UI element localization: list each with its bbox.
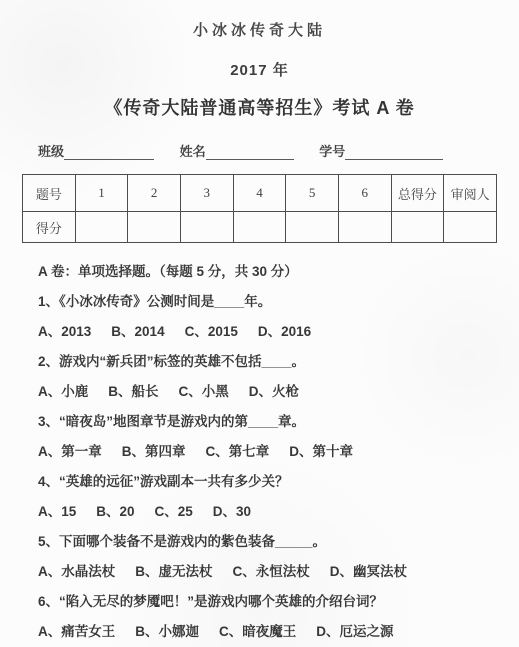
header-cell-total-score: 总得分 <box>391 175 444 212</box>
option-5b: B、虚无法杖 <box>135 564 212 580</box>
option-1a: A、2013 <box>38 324 91 340</box>
header-cell-q1: 1 <box>75 175 128 212</box>
score-table-score-row: 得分 <box>23 212 497 243</box>
name-blank-line <box>206 147 294 160</box>
score-cell-q4 <box>233 212 286 243</box>
question-options-2: A、小鹿 B、船长 C、小黑 D、火枪 <box>38 384 519 400</box>
id-blank-line <box>345 147 443 160</box>
option-4c: C、25 <box>155 504 193 520</box>
header-cell-q4: 4 <box>233 175 286 212</box>
score-table: 题号 1 2 3 4 5 6 总得分 审阅人 得分 <box>22 174 497 243</box>
class-label: 班级 <box>38 144 64 159</box>
score-cell-q2 <box>128 212 181 243</box>
option-1c: C、2015 <box>185 324 238 340</box>
score-cell-q5 <box>286 212 339 243</box>
header-cell-q3: 3 <box>180 175 233 212</box>
id-field: 学号 <box>319 144 443 159</box>
score-cell-total <box>391 212 444 243</box>
question-options-6: A、痛苦女王 B、小娜迦 C、暗夜魔王 D、厄运之源 <box>38 624 519 640</box>
option-3c: C、第七章 <box>206 444 270 460</box>
class-blank-line <box>64 147 154 160</box>
question-block-3: 3、“暗夜岛”地图章节是游戏内的第____章。 A、第一章 B、第四章 C、第七… <box>0 414 519 460</box>
option-4a: A、15 <box>38 504 76 520</box>
question-text-5: 5、下面哪个装备不是游戏内的紫色装备_____。 <box>38 534 519 550</box>
school-title: 小冰冰传奇大陆 <box>0 0 519 40</box>
option-3a: A、第一章 <box>38 444 102 460</box>
header-cell-question-number: 题号 <box>23 175 76 212</box>
question-block-1: 1、《小冰冰传奇》公测时间是____年。 A、2013 B、2014 C、201… <box>0 294 519 340</box>
class-field: 班级 <box>38 144 154 159</box>
option-6b: B、小娜迦 <box>135 624 199 640</box>
question-block-2: 2、游戏内“新兵团”标签的英雄不包括____。 A、小鹿 B、船长 C、小黑 D… <box>0 354 519 400</box>
header-cell-q6: 6 <box>338 175 391 212</box>
option-1b: B、2014 <box>111 324 164 340</box>
score-cell-reviewer <box>444 212 497 243</box>
question-block-4: 4、“英雄的远征”游戏副本一共有多少关？ A、15 B、20 C、25 D、30 <box>0 474 519 520</box>
question-text-3: 3、“暗夜岛”地图章节是游戏内的第____章。 <box>38 414 519 430</box>
section-instruction: A 卷：单项选择题。（每题 5 分，共 30 分） <box>38 260 519 280</box>
option-2d: D、火枪 <box>249 384 299 400</box>
option-3b: B、第四章 <box>122 444 186 460</box>
option-6d: D、厄运之源 <box>316 624 393 640</box>
name-field: 姓名 <box>180 144 294 159</box>
score-cell-q1 <box>75 212 128 243</box>
header-cell-q5: 5 <box>286 175 339 212</box>
question-block-5: 5、下面哪个装备不是游戏内的紫色装备_____。 A、水晶法杖 B、虚无法杖 C… <box>0 534 519 580</box>
option-2c: C、小黑 <box>179 384 229 400</box>
option-6c: C、暗夜魔王 <box>219 624 296 640</box>
option-2b: B、船长 <box>108 384 158 400</box>
question-options-5: A、水晶法杖 B、虚无法杖 C、永恒法杖 D、幽冥法杖 <box>38 564 519 580</box>
option-2a: A、小鹿 <box>38 384 88 400</box>
option-6a: A、痛苦女王 <box>38 624 115 640</box>
score-cell-q6 <box>338 212 391 243</box>
student-info-line: 班级 姓名 学号 <box>38 141 519 160</box>
question-text-6: 6、“陷入无尽的梦魇吧！”是游戏内哪个英雄的介绍台词？ <box>38 594 519 610</box>
name-label: 姓名 <box>180 144 206 159</box>
option-3d: D、第十章 <box>289 444 353 460</box>
header-cell-reviewer: 审阅人 <box>444 175 497 212</box>
question-block-6: 6、“陷入无尽的梦魇吧！”是游戏内哪个英雄的介绍台词？ A、痛苦女王 B、小娜迦… <box>0 594 519 640</box>
option-5d: D、幽冥法杖 <box>330 564 407 580</box>
year-title: 2017 年 <box>0 59 519 80</box>
score-table-header-row: 题号 1 2 3 4 5 6 总得分 审阅人 <box>23 175 497 212</box>
option-4d: D、30 <box>213 504 251 520</box>
exam-paper-page: 小冰冰传奇大陆 2017 年 《传奇大陆普通高等招生》考试 A 卷 班级 姓名 … <box>0 0 519 647</box>
id-label: 学号 <box>319 144 345 159</box>
option-5c: C、永恒法杖 <box>233 564 310 580</box>
header-cell-q2: 2 <box>128 175 181 212</box>
option-4b: B、20 <box>96 504 134 520</box>
question-options-4: A、15 B、20 C、25 D、30 <box>38 504 519 520</box>
question-text-2: 2、游戏内“新兵团”标签的英雄不包括____。 <box>38 354 519 370</box>
question-text-4: 4、“英雄的远征”游戏副本一共有多少关？ <box>38 474 519 490</box>
score-cell-q3 <box>180 212 233 243</box>
question-options-1: A、2013 B、2014 C、2015 D、2016 <box>38 324 519 340</box>
score-row-label: 得分 <box>23 212 76 243</box>
question-text-1: 1、《小冰冰传奇》公测时间是____年。 <box>38 294 519 310</box>
question-options-3: A、第一章 B、第四章 C、第七章 D、第十章 <box>38 444 519 460</box>
exam-title: 《传奇大陆普通高等招生》考试 A 卷 <box>0 94 519 120</box>
option-5a: A、水晶法杖 <box>38 564 115 580</box>
option-1d: D、2016 <box>258 324 311 340</box>
